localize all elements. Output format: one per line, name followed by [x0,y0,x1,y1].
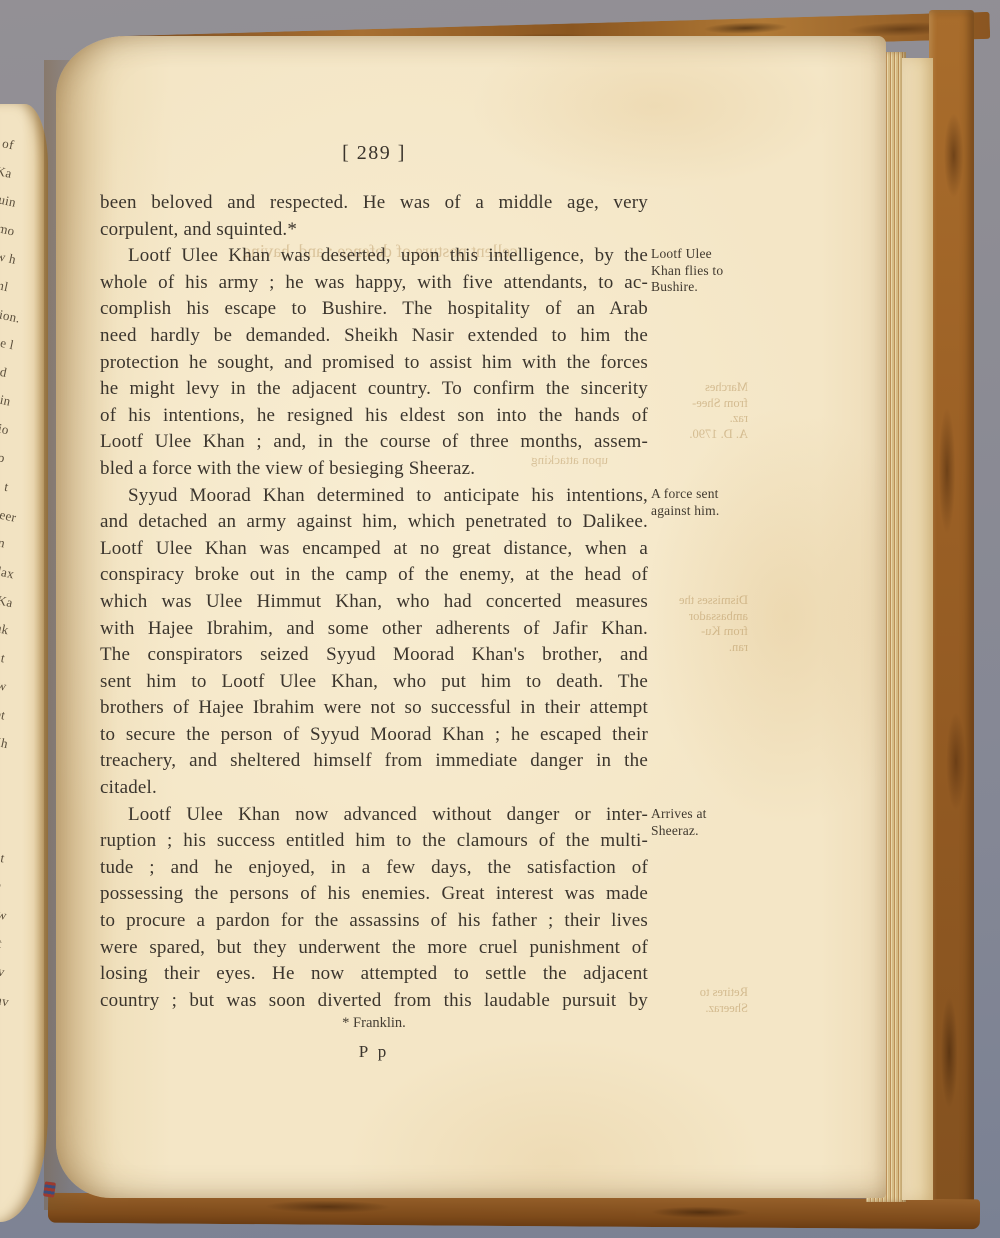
paragraph: been beloved and respected. He was of a … [100,190,648,243]
facing-page-text-fragments: led a num ofoof Ulee KaHe continuinan un… [0,138,44,1024]
text-line: Syyud Moorad Khan determined to anticipa… [100,483,648,510]
showthrough-margin-note: Dismisses theambassadorfrom Ku-ran. [648,593,748,655]
text-line: to secure the person of Syyud Moorad Kha… [100,722,648,749]
text-line: ruption ; his success entitled him to th… [100,828,648,855]
text-line: been beloved and respected. He was of a … [100,190,648,217]
text-line: brothers of Hajee Ibrahim were not so su… [100,695,648,722]
book-photo: led a num ofoof Ulee KaHe continuinan un… [0,0,1000,1238]
text-line: Arrives at [651,806,755,823]
text-line: Lootf Ulee [651,246,755,263]
text-line: Lootf Ulee Khan was encamped at no great… [100,536,648,563]
text-line: to procure a pardon for the assassins of… [100,908,648,935]
text-line: from Shee- [648,396,748,412]
text-line: complish his escape to Bushire. The hosp… [100,296,648,323]
margin-note: A force sentagainst him. [651,486,755,519]
text-line: ambassador [648,609,748,625]
text-line: raz. [648,411,748,427]
text-line: which was Ulee Himmut Khan, who had conc… [100,589,648,616]
text-line: The conspirators seized Syyud Moorad Kha… [100,642,648,669]
paragraph: Syyud Moorad Khan determined to anticipa… [100,483,648,802]
text-line: of his intentions, he resigned his eldes… [100,403,648,430]
text-line: Retires to [648,985,748,1001]
text-line: Lootf Ulee Khan now advanced without dan… [100,802,648,829]
margin-note: Lootf UleeKhan flies toBushire. [651,246,755,296]
text-line: A force sent [651,486,755,503]
margin-note: Arrives atSheeraz. [651,806,755,839]
text-line: whole of his army ; he was happy, with f… [100,270,648,297]
text-line: bled a force with the view of besieging … [100,456,648,483]
text-line: sent him to Lootf Ulee Khan, who put him… [100,669,648,696]
text-line: corpulent, and squinted.* [100,217,648,244]
facing-page-edge: led a num ofoof Ulee KaHe continuinan un… [0,104,48,1222]
text-line: treachery, and sheltered himself from im… [100,748,648,775]
text-line: losing their eyes. He now attempted to s… [100,961,648,988]
text-line: from Ku- [648,624,748,640]
text-line: A. D. 1790. [648,427,748,443]
text-line: country ; but was soon diverted from thi… [100,988,648,1015]
signature-mark: P p [100,1042,648,1062]
text-line: conspiracy broke out in the camp of the … [100,562,648,589]
headband [43,1181,56,1197]
body-text: been beloved and respected. He was of a … [100,190,648,1014]
text-line: Sheeraz. [651,823,755,840]
text-line: Sheeraz. [648,1001,748,1017]
text-line: against him. [651,503,755,520]
text-line: with Hajee Ibrahim, and some other adher… [100,616,648,643]
text-line: Khan flies to [651,263,755,280]
book-cover-bottom-edge [48,1193,980,1230]
page-stack-endpaper [902,58,933,1200]
text-line: protection he sought, and promised to as… [100,350,648,377]
text-line: he might levy in the adjacent country. T… [100,376,648,403]
page-number: [ 289 ] [100,142,648,165]
book-cover-right-edge [929,10,974,1222]
text-line: Bushire. [651,279,755,296]
text-line: Lootf Ulee Khan was deserted, upon this … [100,243,648,270]
text-line: need hardly be demanded. Sheikh Nasir ex… [100,323,648,350]
text-line: were spared, but they underwent the more… [100,935,648,962]
paragraph: Lootf Ulee Khan was deserted, upon this … [100,243,648,482]
text-line: ran. [648,640,748,656]
showthrough-margin-note: Marchesfrom Shee-raz.A. D. 1790. [648,380,748,442]
text-line: Lootf Ulee Khan ; and, in the course of … [100,429,648,456]
text-line: possessing the persons of his enemies. G… [100,881,648,908]
text-line: tude ; and he enjoyed, in a few days, th… [100,855,648,882]
footnote: * Franklin. [100,1015,648,1032]
showthrough-margin-note: Retires toSheeraz. [648,985,748,1016]
text-line: citadel. [100,775,648,802]
text-line: and detached an army against him, which … [100,509,648,536]
text-line: Dismisses the [648,593,748,609]
text-line: Marches [648,380,748,396]
paragraph: Lootf Ulee Khan now advanced without dan… [100,802,648,1015]
